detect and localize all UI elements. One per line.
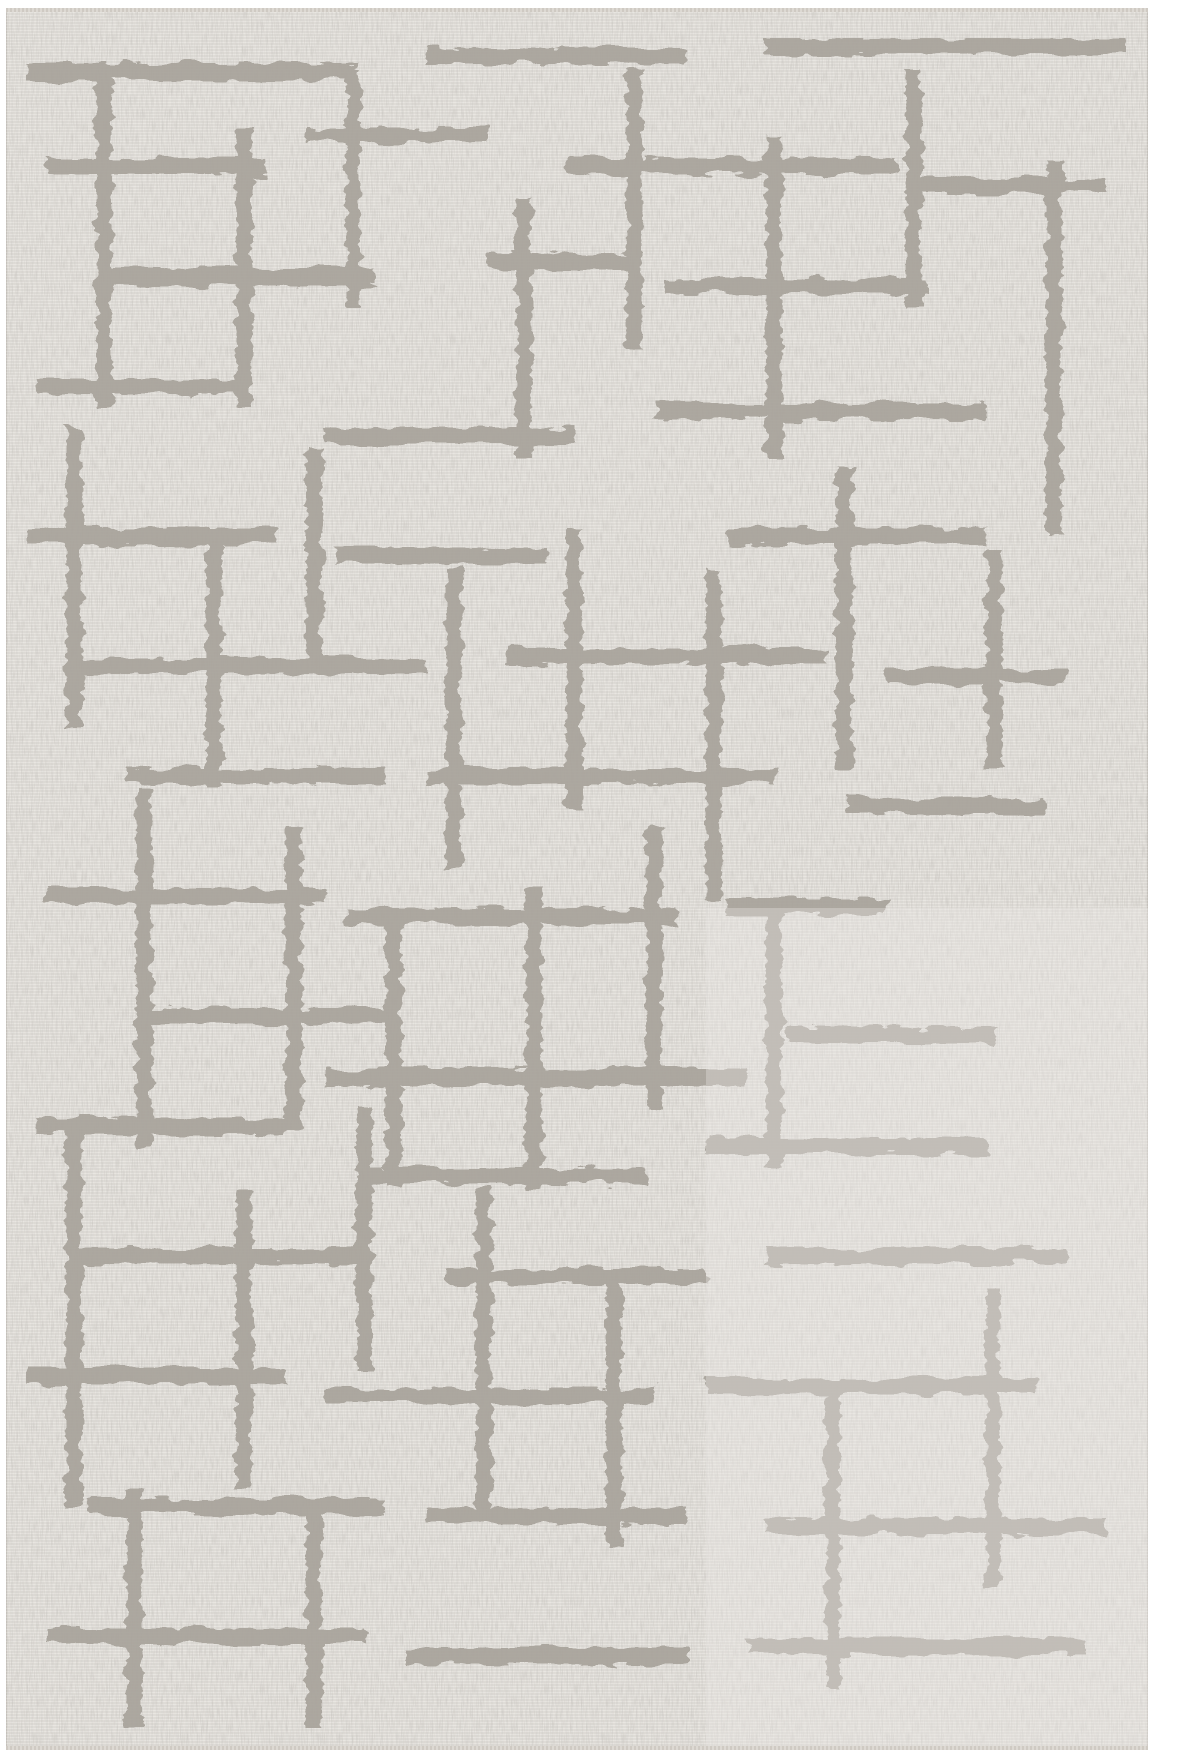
rug — [6, 8, 1148, 1750]
image-canvas — [0, 0, 1200, 1760]
rug-top-edge — [6, 8, 1148, 12]
rug-grid-pattern — [6, 8, 1148, 1750]
rug-bottom-edge — [6, 1746, 1148, 1750]
